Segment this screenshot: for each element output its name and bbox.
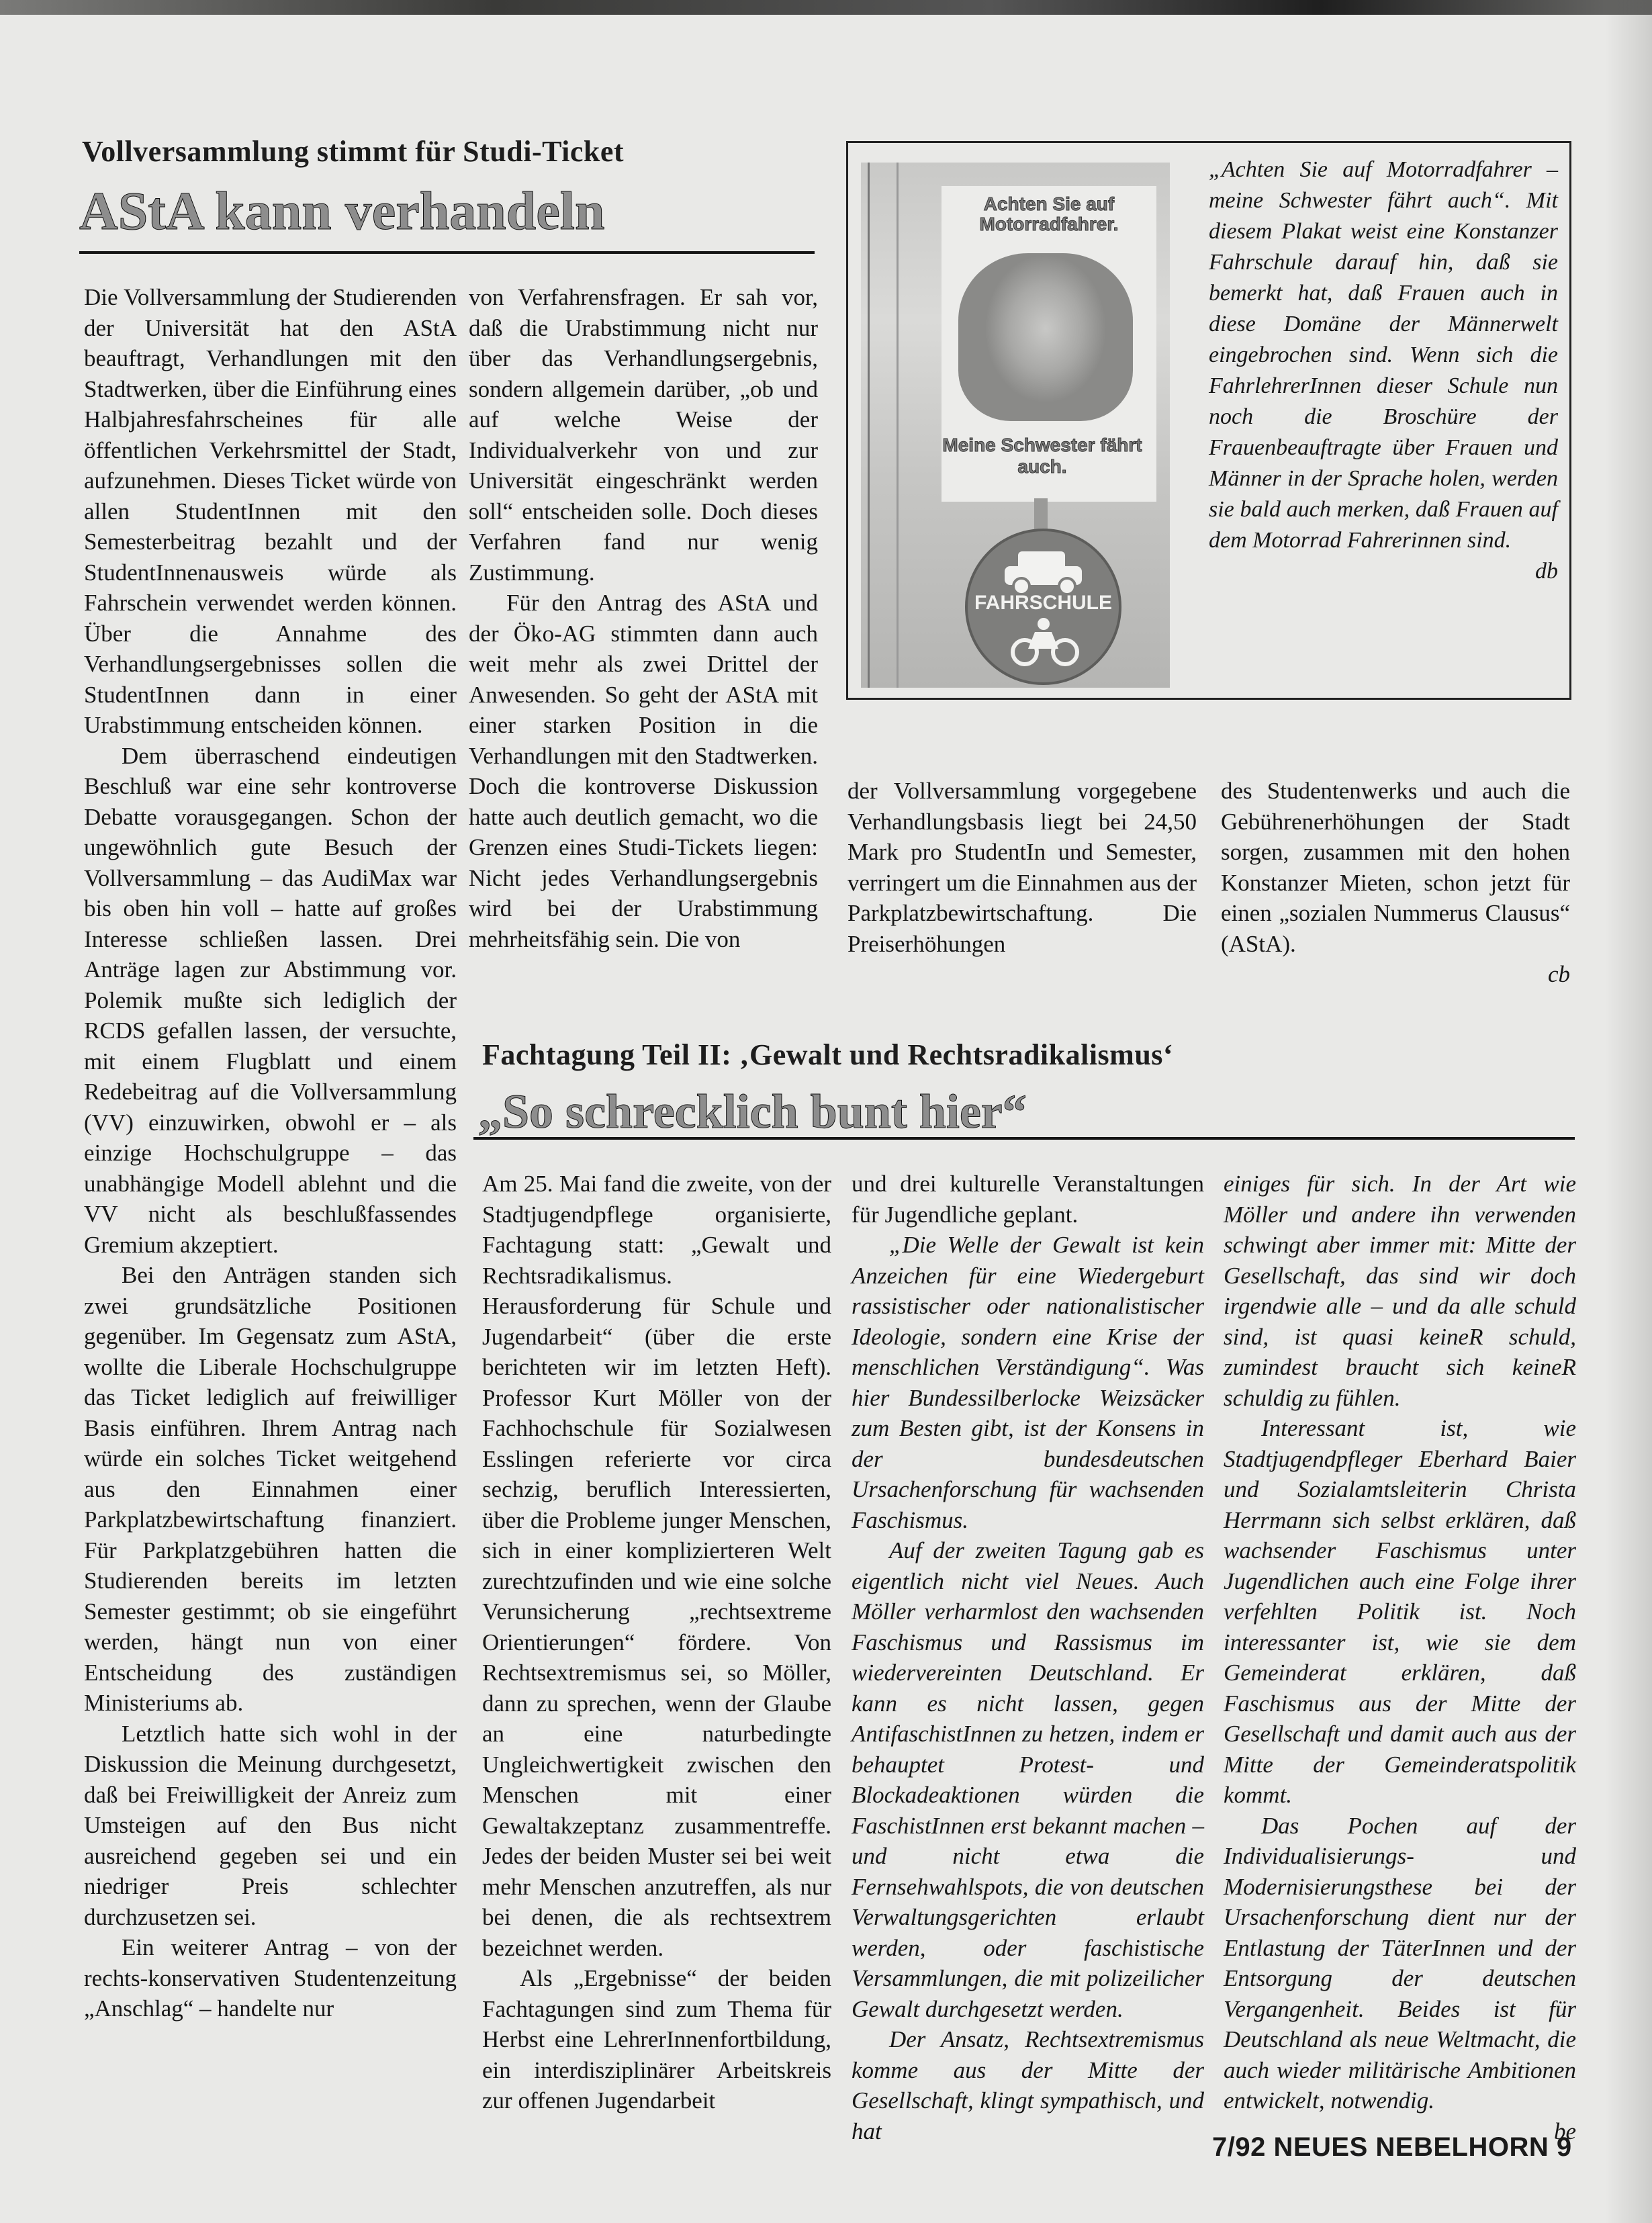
page-footer: 7/92 NEUES NEBELHORN 9 bbox=[1212, 2132, 1572, 2163]
fahrschule-sign: FAHRSCHULE bbox=[965, 529, 1121, 685]
paragraph: Letztlich hatte sich wohl in der Diskuss… bbox=[84, 1719, 457, 1933]
paragraph: Ein weiterer Antrag – von der rechts-kon… bbox=[84, 1932, 457, 2024]
article1-headline: AStA kann verhandeln bbox=[79, 181, 604, 242]
article1-rule bbox=[79, 251, 815, 254]
poster-bottom-text: Meine Schwester fährt auch. bbox=[942, 435, 1143, 478]
article2-column-2: und drei kulturelle Veranstaltungen für … bbox=[852, 1169, 1204, 2146]
paragraph: Interessant ist, wie Stadtjugendpfleger … bbox=[1224, 1413, 1576, 1811]
article1-column-2: von Verfahrensfragen. Er sah vor, daß di… bbox=[469, 282, 818, 954]
paragraph: Der Ansatz, Rechtsextremismus komme aus … bbox=[852, 2024, 1204, 2146]
door-frame bbox=[868, 163, 899, 688]
article2-rule bbox=[473, 1137, 1575, 1140]
paragraph: Auf der zweiten Tagung gab es eigentlich… bbox=[852, 1535, 1204, 2024]
woman-portrait bbox=[958, 253, 1133, 421]
paragraph: Bei den Anträgen standen sich zwei grund… bbox=[84, 1260, 457, 1719]
photo-caption: „Achten Sie auf Motorradfahrer – meine S… bbox=[1209, 154, 1558, 587]
paragraph: „Die Welle der Gewalt ist kein Anzeichen… bbox=[852, 1230, 1204, 1535]
article1-column-3: der Vollversammlung vorgegebene Verhandl… bbox=[847, 776, 1197, 959]
article2-column-3: einiges für sich. In der Art wie Möller … bbox=[1224, 1169, 1576, 2146]
article2-column-1: Am 25. Mai fand die zweite, von der Stad… bbox=[482, 1169, 831, 2116]
photo-fahrschule-poster: Achten Sie auf Motorradfahrer. Meine Sch… bbox=[861, 163, 1170, 688]
article2-headline: „So schrecklich bunt hier“ bbox=[478, 1085, 1027, 1138]
sign-text: FAHRSCHULE bbox=[968, 592, 1119, 615]
poster: Achten Sie auf Motorradfahrer. Meine Sch… bbox=[942, 186, 1156, 502]
paragraph: und drei kulturelle Veranstaltungen für … bbox=[852, 1169, 1204, 1230]
paragraph: Die Vollversammlung der Studierenden der… bbox=[84, 282, 457, 741]
article1-kicker: Vollversammlung stimmt für Studi-Ticket bbox=[82, 134, 624, 169]
paragraph: von Verfahrensfragen. Er sah vor, daß di… bbox=[469, 282, 818, 588]
paragraph: Das Pochen auf der Individualisierungs- … bbox=[1224, 1811, 1576, 2116]
scan-top-edge bbox=[0, 0, 1652, 15]
article1-column-4: des Studentenwerks und auch die Gebühren… bbox=[1221, 776, 1570, 990]
article1-column-1: Die Vollversammlung der Studierenden der… bbox=[84, 282, 457, 2024]
paragraph: des Studentenwerks und auch die Gebühren… bbox=[1221, 776, 1570, 959]
page-shadow bbox=[1605, 0, 1652, 2223]
sign-pole bbox=[1034, 498, 1048, 532]
paragraph: Für den Antrag des AStA und der Öko-AG s… bbox=[469, 588, 818, 954]
paragraph: der Vollversammlung vorgegebene Verhandl… bbox=[847, 776, 1197, 959]
paragraph: Als „Ergebnisse“ der beiden Fachtagungen… bbox=[482, 1963, 831, 2116]
author-signature: cb bbox=[1221, 959, 1570, 990]
article2-kicker: Fachtagung Teil II: ‚Gewalt und Rechtsra… bbox=[482, 1038, 1173, 1072]
paragraph: einiges für sich. In der Art wie Möller … bbox=[1224, 1169, 1576, 1413]
caption-signature: db bbox=[1209, 556, 1558, 587]
paragraph: Dem überraschend eindeutigen Beschluß wa… bbox=[84, 741, 457, 1261]
poster-top-text: Achten Sie auf Motorradfahrer. bbox=[942, 194, 1156, 234]
caption-text: „Achten Sie auf Motorradfahrer – meine S… bbox=[1209, 157, 1558, 553]
paragraph: Am 25. Mai fand die zweite, von der Stad… bbox=[482, 1169, 831, 1963]
